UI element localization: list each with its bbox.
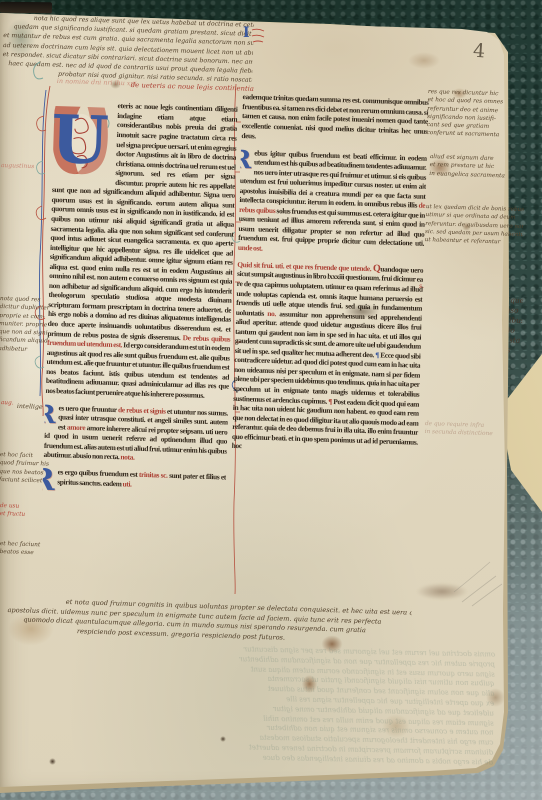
text-segment: eademque trinitas quedam summa res est. … (241, 92, 428, 140)
quire-numeral: I (243, 25, 250, 41)
left-margin-gloss: et hec faciuntbeatos esse (0, 540, 64, 559)
margin-note-augustinus: augustinus (1, 162, 35, 170)
right-margin-gloss: ut lex quedam dicit de bonis rebusutimur… (425, 203, 524, 248)
left-margin-red-note: de usuet fructu (0, 502, 40, 520)
text-segment: Augustinus ait omnino nihil est. non aut… (47, 266, 232, 342)
paragraph: Res ergo quibus fruendum est trinitas sc… (43, 467, 227, 492)
text-segment: uti. (122, 479, 131, 488)
left-margin-gloss: et hoc facitquod fruimur hisque nos beat… (0, 451, 62, 486)
paragraph: Quid sit frui. uti. et que res fruende q… (232, 260, 424, 457)
decorated-initial-U: U (45, 100, 113, 180)
text-segment: trinitas sc. (139, 470, 169, 480)
text-segment: ebus igitur quibus fruendum est beati ef… (239, 148, 427, 210)
binding-tab (0, 2, 52, 14)
margin-note-aug: aug. (1, 399, 14, 408)
left-margin-gloss: nota quod resdicitur dupliciterproprie e… (0, 295, 56, 355)
paragraph: eademque trinitas quedam summa res est. … (241, 92, 428, 146)
gloss-line: et fructu (0, 510, 40, 520)
quire-flourish-penwork (250, 27, 266, 45)
text-segment: nota. (120, 453, 134, 462)
right-margin-faint-note: de quo require infrain secunda distincti… (424, 420, 510, 439)
text-column-left: U eteris ac noue legis continentiam dili… (39, 92, 238, 600)
pencil-scribbles (450, 552, 510, 608)
margin-word: intellige (17, 403, 43, 411)
folio-number: 4 (472, 40, 486, 63)
text-segment: no. (267, 309, 279, 318)
paragraph: U eteris ac noue legis continentiam dili… (45, 99, 237, 401)
verso-show-through: omnis doctrina uel rerum est uel signoru… (51, 641, 495, 770)
svg-text:U: U (50, 100, 110, 180)
right-margin-gloss: res que res dicuntur hicet hoc ad quod r… (426, 88, 522, 141)
text-segment: Signa uero quorum usus est in significan… (49, 190, 235, 275)
paragraph: Res uero que fruuntur de rebus et signis… (43, 403, 228, 466)
right-margin-gloss: aliud est signum dareet rem prestare ut … (429, 153, 522, 181)
text-segment: unde ost. (238, 243, 263, 253)
text-segment: amore (67, 422, 87, 432)
paragraph: Rebus igitur quibus fruendum est beati e… (238, 147, 427, 258)
text-segment: Ecce quod sibi contradicere uidetur. ad … (233, 350, 421, 405)
text-segment: Id ergo considerandum est ut in eodem au… (45, 340, 230, 399)
manuscript-photo: nota hic quod res alique sunt que lex ue… (0, 0, 542, 800)
text-column-right: eademque trinitas quedam summa res est. … (227, 85, 429, 605)
right-margin-red-tick: s. (419, 283, 424, 291)
